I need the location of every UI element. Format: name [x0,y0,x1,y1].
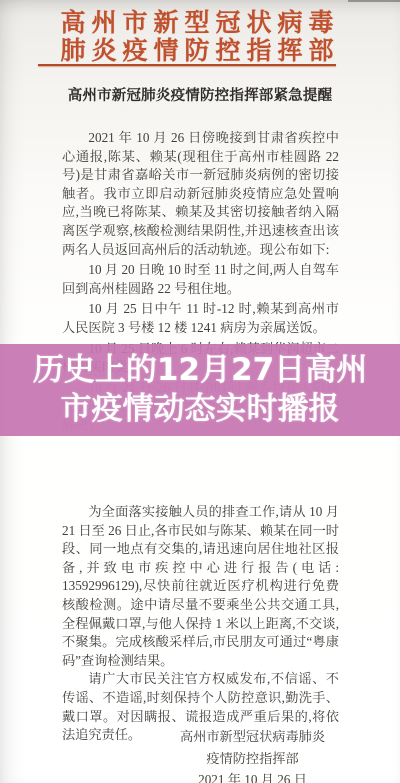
notice-title: 高州市新冠肺炎疫情防控指挥部紧急提醒 [0,84,400,105]
notice-body-lower: 为全面落实接触人员的排查工作,请从 10 月 21 日至 26 日止,各市民如与… [62,503,339,745]
letterhead-line-2: 肺炎疫情防控指挥部 [0,38,400,65]
signature-block: 高州市新型冠状病毒肺炎 疫情防控指挥部 2021 年 10 月 26 日 [150,726,355,783]
caption-line-1: 历史上的12月27日高州 [0,351,400,390]
caption-line-2: 市疫情动态实时播报 [0,390,400,429]
letterhead-line-1: 高州市新型冠状病毒 [0,10,400,37]
signature-date: 2021 年 10 月 26 日 [150,769,355,783]
notice-photo-page: 高州市新型冠状病毒 肺炎疫情防控指挥部 高州市新冠肺炎疫情防控指挥部紧急提醒 2… [0,0,400,783]
caption-overlay-band: 历史上的12月27日高州 市疫情动态实时播报 [0,344,400,436]
letterhead-divider-rule [38,64,336,66]
paragraph-advisory: 为全面落实接触人员的排查工作,请从 10 月 21 日至 26 日止,各市民如与… [62,503,339,670]
letterhead: 高州市新型冠状病毒 肺炎疫情防控指挥部 [0,0,400,65]
signature-org-line-2: 疫情防控指挥部 [150,748,355,770]
paragraph-intro: 2021 年 10 月 26 日傍晚接到甘肃省疾控中心通报,陈某、赖某(现租住于… [62,129,339,259]
paragraph-track-1: 10 月 20 日晚 10 时至 11 时之间,两人自驾车回到高州桂圆路 22 … [62,261,339,298]
paragraph-track-2: 10 月 25 日中午 11 时-12 时,赖某到高州市人民医院 3 号楼 12… [62,300,339,337]
signature-org-line-1: 高州市新型冠状病毒肺炎 [150,726,355,748]
